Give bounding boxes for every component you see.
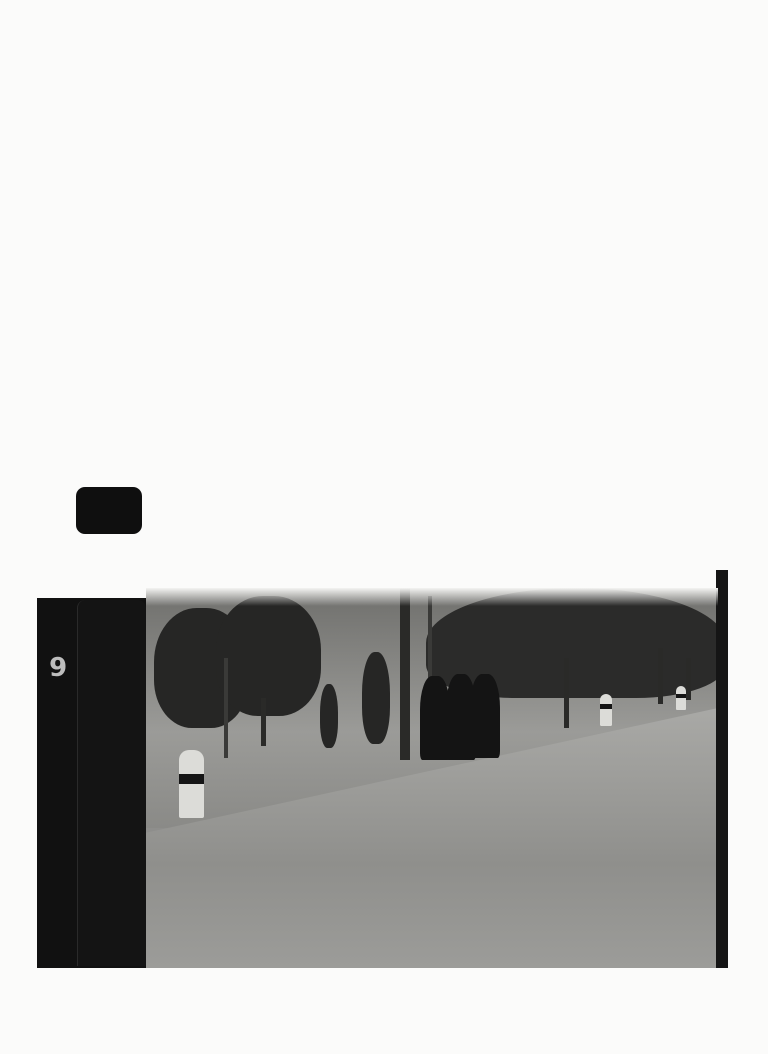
film-frame-border xyxy=(77,600,146,966)
overexposed-sky xyxy=(146,588,718,606)
sprocket-hole xyxy=(76,487,142,534)
cypress-shrub xyxy=(320,684,338,748)
utility-pole xyxy=(428,596,432,686)
roadside-bollard xyxy=(179,750,204,818)
tree-trunk xyxy=(400,588,410,760)
tree-trunk xyxy=(261,698,266,746)
roadside-bollard xyxy=(600,694,612,726)
tree-trunk xyxy=(564,658,569,728)
tree-trunk xyxy=(686,658,691,700)
cypress-shrub xyxy=(362,652,390,744)
roadside-bollard xyxy=(676,686,686,710)
figure-in-habit xyxy=(470,674,500,758)
photograph xyxy=(146,588,718,968)
utility-pole xyxy=(224,658,228,758)
tree-large-center xyxy=(216,596,321,716)
film-edge-right xyxy=(716,570,728,968)
film-strip-edge: 6 xyxy=(37,598,150,968)
tree-trunk xyxy=(658,648,663,704)
frame-number: 6 xyxy=(49,650,67,680)
